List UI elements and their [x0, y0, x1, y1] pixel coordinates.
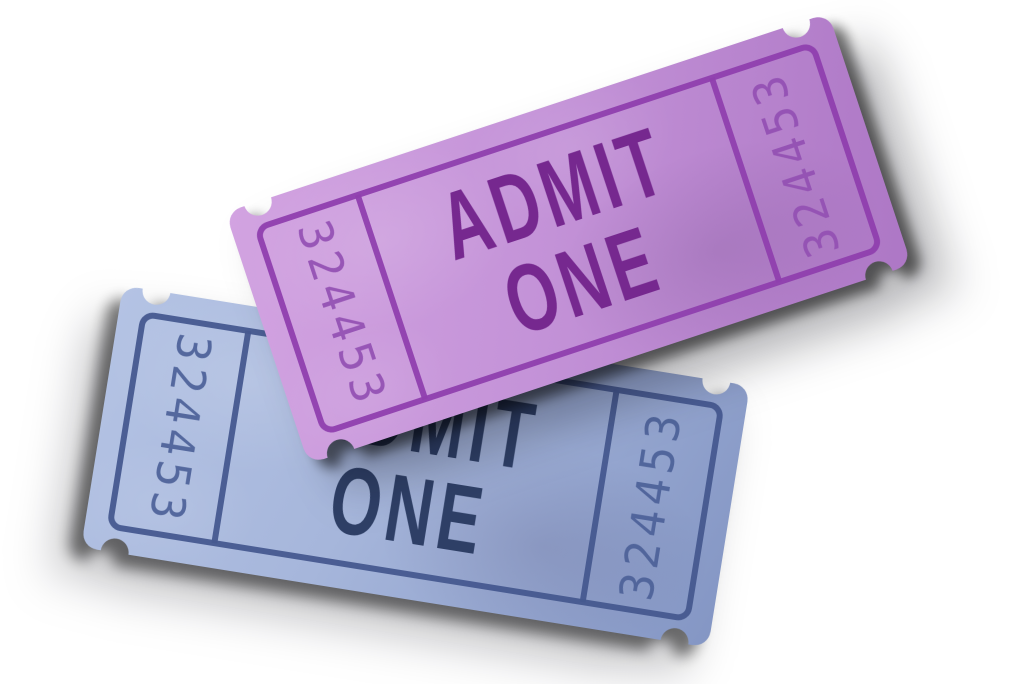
scene: 324453 324453 ADMIT ONE 324453 324453 AD…: [0, 0, 1024, 684]
blue-one-line: ONE: [324, 454, 493, 569]
